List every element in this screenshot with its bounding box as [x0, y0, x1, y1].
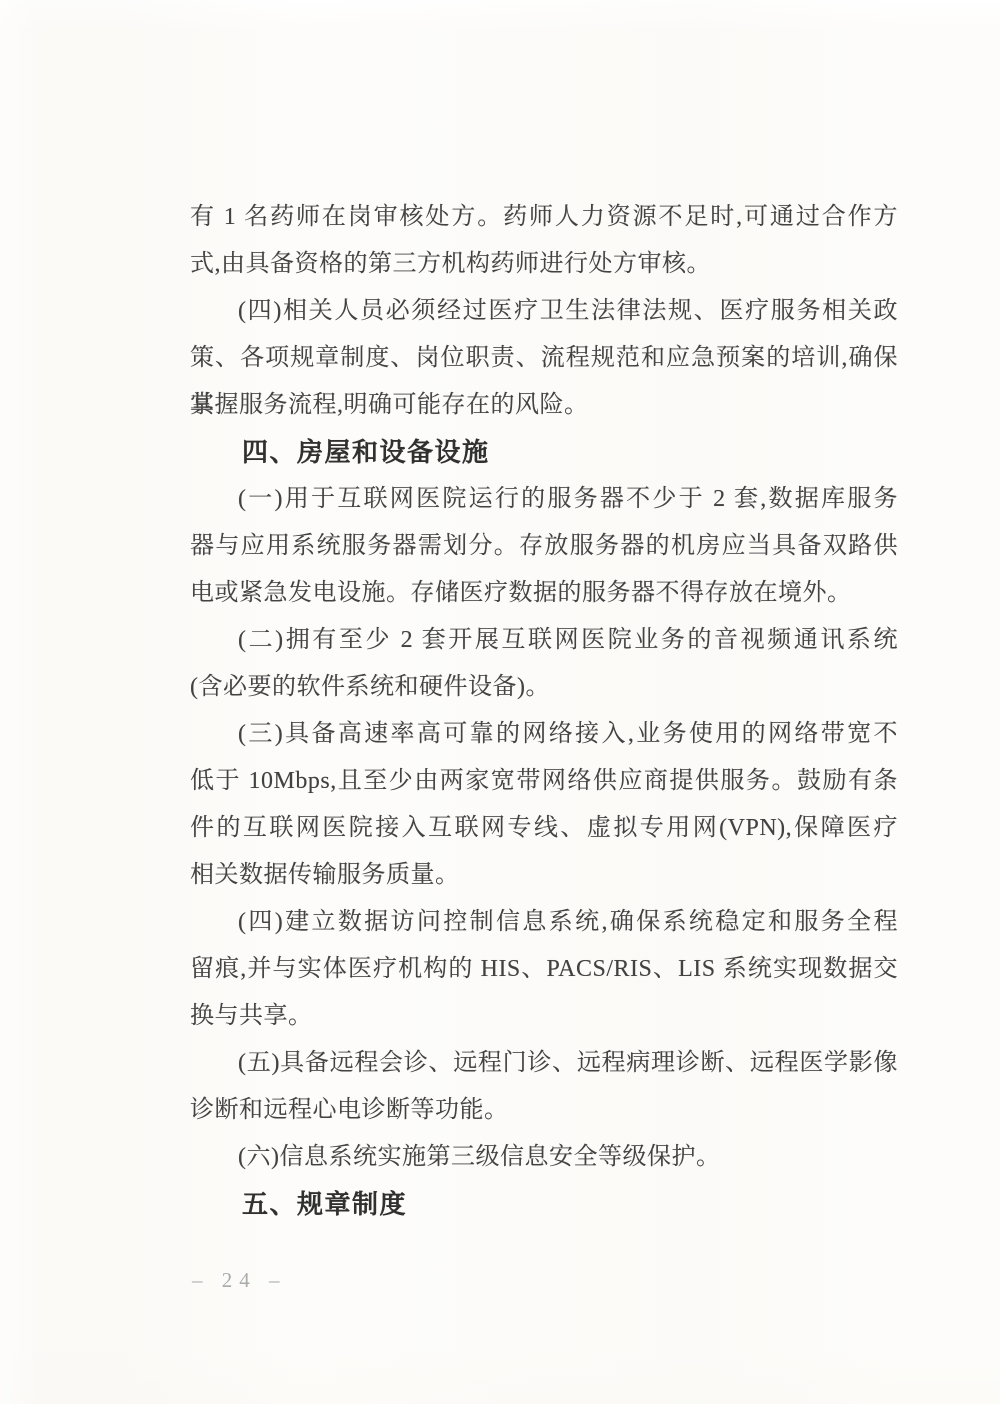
text-line: 有 1 名药师在岗审核处方。药师人力资源不足时,可通过合作方: [190, 194, 898, 241]
text-line: 换与共享。: [190, 993, 898, 1040]
text-line: 电或紧急发电设施。存储医疗数据的服务器不得存放在境外。: [190, 570, 898, 617]
text-line: (一)用于互联网医院运行的服务器不少于 2 套,数据库服务: [190, 476, 898, 523]
text-line: (四)相关人员必须经过医疗卫生法律法规、医疗服务相关政: [190, 288, 898, 335]
text-line: (六)信息系统实施第三级信息安全等级保护。: [190, 1134, 898, 1181]
section-heading: 五、规章制度: [190, 1181, 898, 1228]
text-line: (三)具备高速率高可靠的网络接入,业务使用的网络带宽不: [190, 711, 898, 758]
text-line: 诊断和远程心电诊断等功能。: [190, 1087, 898, 1134]
text-line: (含必要的软件系统和硬件设备)。: [190, 664, 898, 711]
text-line: 掌握服务流程,明确可能存在的风险。: [190, 382, 898, 429]
text-line: 器与应用系统服务器需划分。存放服务器的机房应当具备双路供: [190, 523, 898, 570]
document-body: 有 1 名药师在岗审核处方。药师人力资源不足时,可通过合作方式,由具备资格的第三…: [190, 194, 898, 1228]
text-line: (二)拥有至少 2 套开展互联网医院业务的音视频通讯系统: [190, 617, 898, 664]
text-line: 留痕,并与实体医疗机构的 HIS、PACS/RIS、LIS 系统实现数据交: [190, 946, 898, 993]
page-number: – 24 –: [192, 1263, 287, 1297]
text-line: 策、各项规章制度、岗位职责、流程规范和应急预案的培训,确保其: [190, 335, 898, 382]
text-line: 式,由具备资格的第三方机构药师进行处方审核。: [190, 241, 898, 288]
text-line: 相关数据传输服务质量。: [190, 852, 898, 899]
text-line: (五)具备远程会诊、远程门诊、远程病理诊断、远程医学影像: [190, 1040, 898, 1087]
section-heading: 四、房屋和设备设施: [190, 429, 898, 476]
text-line: 低于 10Mbps,且至少由两家宽带网络供应商提供服务。鼓励有条: [190, 758, 898, 805]
scanned-document-page: 有 1 名药师在岗审核处方。药师人力资源不足时,可通过合作方式,由具备资格的第三…: [0, 0, 1000, 1404]
text-line: (四)建立数据访问控制信息系统,确保系统稳定和服务全程: [190, 899, 898, 946]
text-line: 件的互联网医院接入互联网专线、虚拟专用网(VPN),保障医疗: [190, 805, 898, 852]
